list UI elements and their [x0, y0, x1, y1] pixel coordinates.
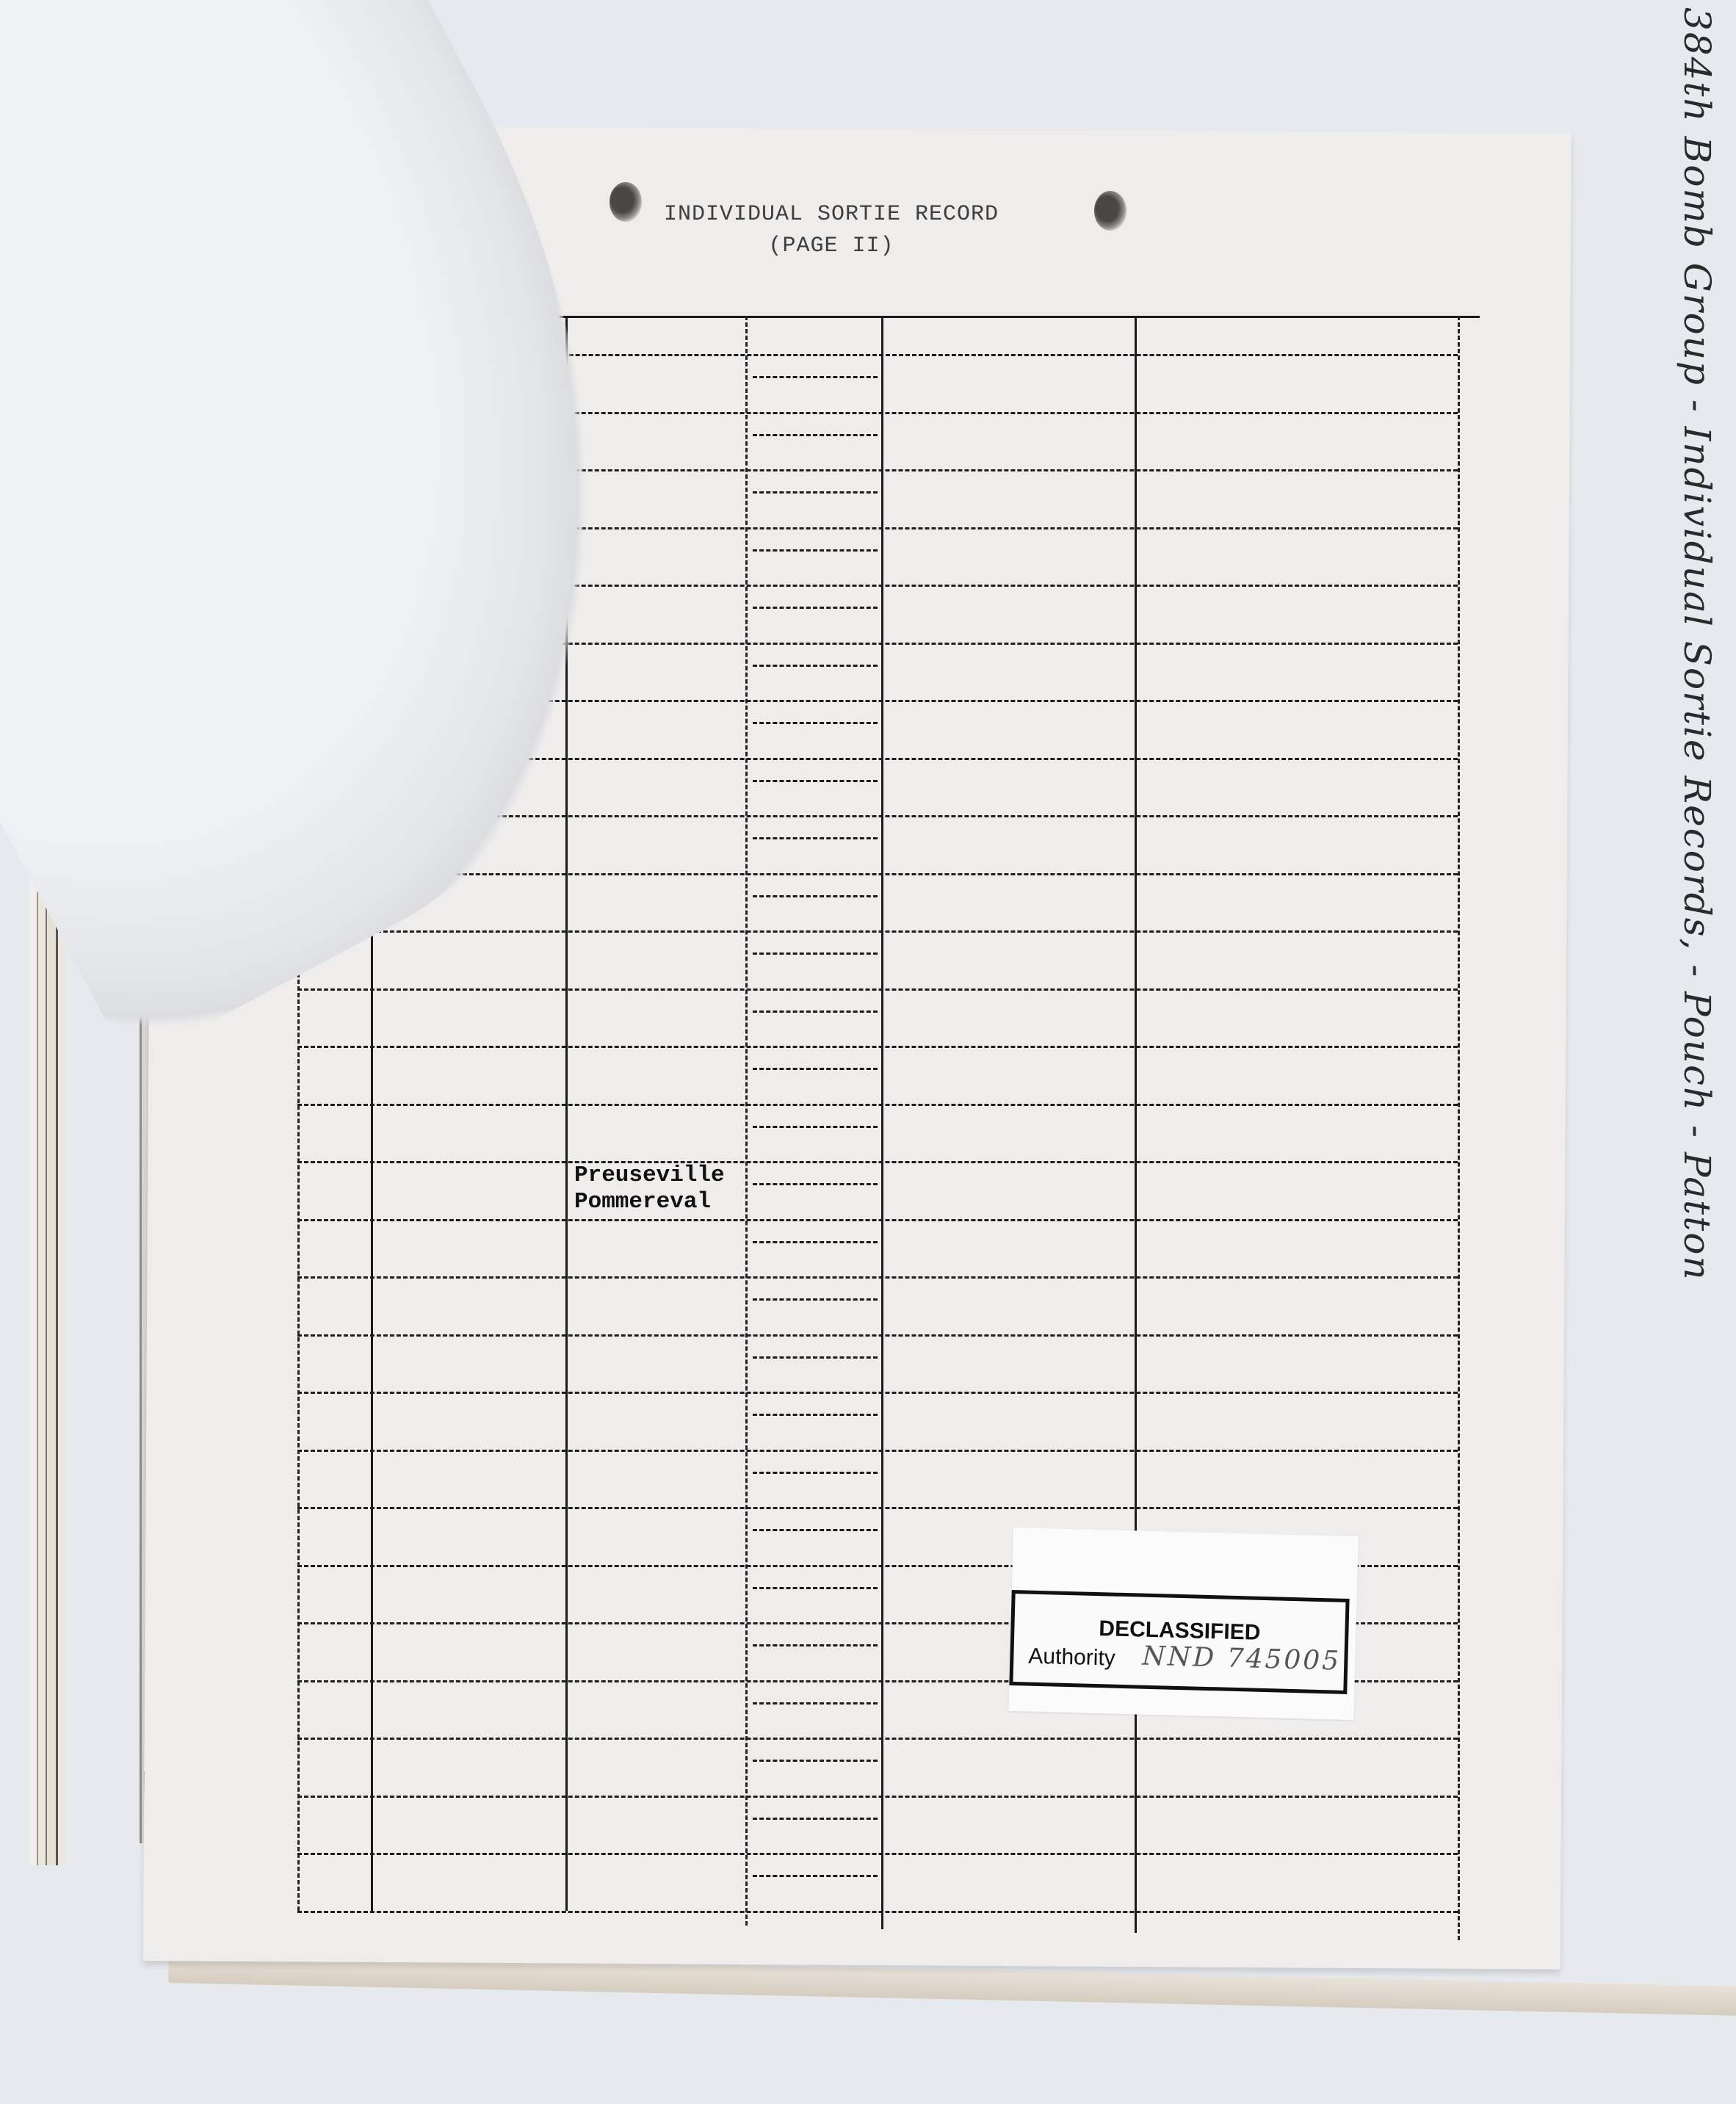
row-rule [297, 1046, 1458, 1048]
row-rule [297, 1911, 1458, 1913]
row-rule [297, 930, 1458, 933]
authority-value: NND 745005 [1142, 1641, 1342, 1677]
time-blank-dashes [753, 1241, 878, 1243]
time-blank-dashes [753, 722, 878, 724]
time-blank-dashes [753, 607, 878, 609]
time-blank-dashes [753, 837, 878, 839]
time-blank-dashes [753, 1472, 878, 1474]
time-blank-dashes [753, 1126, 878, 1128]
row-rule [297, 1334, 1458, 1337]
row-rule [297, 1738, 1458, 1740]
row-rule [297, 1104, 1458, 1106]
time-blank-dashes [753, 1529, 878, 1531]
sortie-target: Preuseville [574, 1163, 725, 1188]
row-rule [297, 988, 1458, 991]
time-column-line [745, 316, 748, 1926]
time-blank-dashes [753, 1011, 878, 1013]
time-blank-dashes [753, 780, 878, 782]
time-blank-dashes [753, 1356, 878, 1359]
time-blank-dashes [753, 952, 878, 955]
time-blank-dashes [753, 1818, 878, 1820]
row-rule [297, 1507, 1458, 1509]
time-blank-dashes [753, 895, 878, 897]
handwritten-margin-note: 384th Bomb Group - Individual Sortie Rec… [1689, 7, 1718, 1281]
row-rule [297, 1392, 1458, 1394]
time-blank-dashes [753, 1068, 878, 1070]
sortie-target: Pommereval [574, 1189, 711, 1215]
row-rule [297, 1450, 1458, 1452]
time-blank-dashes [753, 1183, 878, 1185]
time-blank-dashes [753, 1702, 878, 1704]
time-blank-dashes [753, 1587, 878, 1589]
time-blank-dashes [753, 376, 878, 378]
time-blank-dashes [753, 1760, 878, 1762]
declassified-box: DECLASSIFIED Authority NND 745005 [1009, 1590, 1349, 1694]
right-border-line [1458, 316, 1460, 1940]
row-rule [297, 1219, 1458, 1221]
time-blank-dashes [753, 1644, 878, 1646]
time-blank-dashes [753, 491, 878, 494]
authority-label: Authority [1028, 1644, 1115, 1671]
time-blank-dashes [753, 665, 878, 667]
time-blank-dashes [753, 434, 878, 436]
time-blank-dashes [753, 1875, 878, 1877]
time-blank-dashes [753, 1414, 878, 1416]
row-rule [297, 1276, 1458, 1279]
background-binder-stack [29, 793, 66, 1865]
row-rule [297, 1161, 1458, 1163]
row-rule [297, 873, 1458, 875]
wounds-column-line [881, 316, 883, 1929]
row-rule [297, 1853, 1458, 1855]
row-rule [297, 1796, 1458, 1798]
declassified-label: DECLASSIFIED Authority NND 745005 [1008, 1528, 1358, 1720]
time-blank-dashes [753, 1298, 878, 1301]
time-blank-dashes [753, 549, 878, 552]
